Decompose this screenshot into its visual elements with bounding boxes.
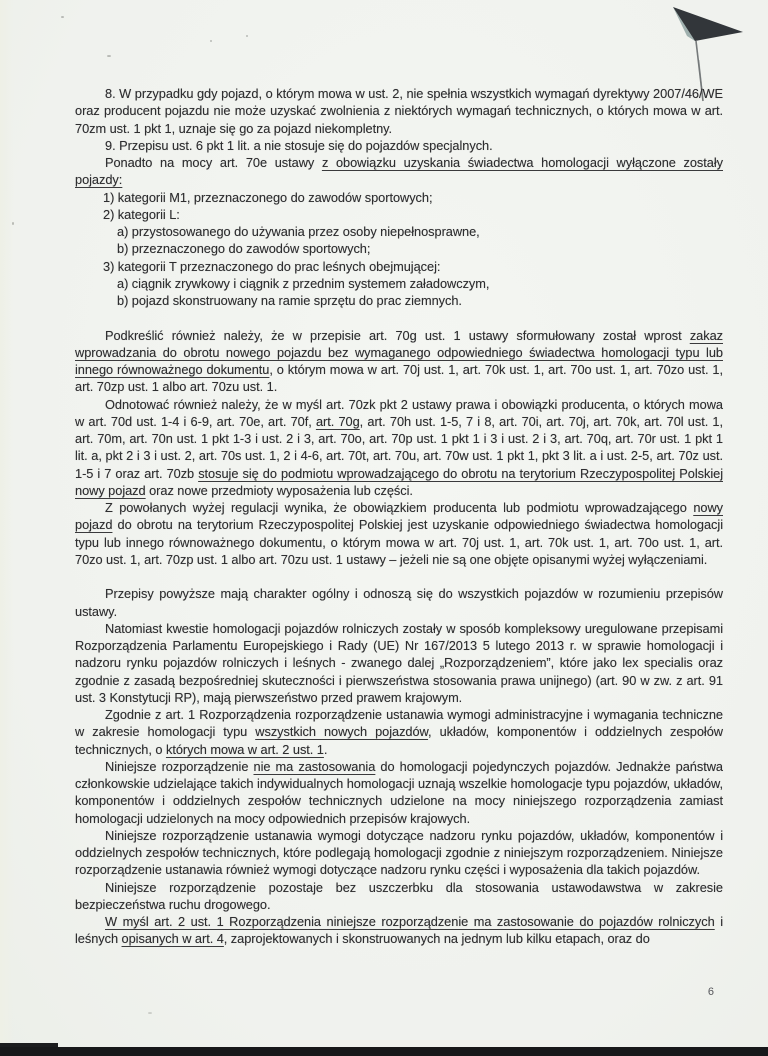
list-item: a) przystosowanego do używania przez oso… bbox=[117, 223, 723, 240]
underlined-text: art. 70g bbox=[316, 414, 360, 429]
scan-speck bbox=[210, 40, 212, 42]
text-run: b) przeznaczonego do zawodów sportowych; bbox=[117, 241, 370, 256]
text-run: Z powołanych wyżej regulacji wynika, że … bbox=[105, 500, 693, 515]
text-run: b) pojazd skonstruowany na ramie sprzętu… bbox=[117, 293, 462, 308]
list-item: 2) kategorii L: bbox=[103, 206, 723, 223]
scan-speck bbox=[12, 222, 14, 225]
scan-speck bbox=[107, 55, 111, 57]
paragraph: Przepisy powyższe mają charakter ogólny … bbox=[75, 585, 723, 620]
paragraph: Niniejsze rozporządzenie ustanawia wymog… bbox=[75, 827, 723, 879]
text-run: Niniejsze rozporządzenie bbox=[105, 759, 254, 774]
text-run: 1) kategorii M1, przeznaczonego do zawod… bbox=[103, 190, 432, 205]
paragraph: Z powołanych wyżej regulacji wynika, że … bbox=[75, 499, 723, 568]
text-run: Przepisy powyższe mają charakter ogólny … bbox=[75, 586, 723, 618]
text-run: Natomiast kwestie homologacji pojazdów r… bbox=[75, 621, 723, 705]
paragraph: 9. Przepisu ust. 6 pkt 1 lit. a nie stos… bbox=[75, 137, 723, 154]
paragraph: W myśl art. 2 ust. 1 Rozporządzenia nini… bbox=[75, 913, 723, 948]
scan-speck bbox=[246, 35, 248, 37]
list-item: b) pojazd skonstruowany na ramie sprzętu… bbox=[117, 292, 723, 309]
paragraph: Niniejsze rozporządzenie nie ma zastosow… bbox=[75, 758, 723, 827]
text-run: 9. Przepisu ust. 6 pkt 1 lit. a nie stos… bbox=[105, 138, 493, 153]
paragraph-gap bbox=[75, 568, 723, 585]
text-run: Podkreślić również należy, że w przepisi… bbox=[105, 328, 690, 343]
page-number: 6 bbox=[708, 986, 714, 998]
underlined-text: W myśl art. 2 ust. 1 Rozporządzenia nini… bbox=[105, 914, 715, 929]
underlined-text: nie ma zastosowania bbox=[254, 759, 376, 774]
list-item: a) ciągnik zrywkowy i ciągnik z przednim… bbox=[117, 275, 723, 292]
paragraph: Ponadto na mocy art. 70e ustawy z obowią… bbox=[75, 154, 723, 189]
text-run: 3) kategorii T przeznaczonego do prac le… bbox=[103, 259, 440, 274]
text-run: Niniejsze rozporządzenie ustanawia wymog… bbox=[75, 828, 723, 878]
scan-speck bbox=[61, 16, 64, 18]
text-run: do obrotu na terytorium Rzeczypospolitej… bbox=[75, 517, 723, 567]
document-text-body: 8. W przypadku gdy pojazd, o którym mowa… bbox=[75, 85, 723, 948]
text-run: 8. W przypadku gdy pojazd, o którym mowa… bbox=[75, 86, 723, 136]
text-run: oraz nowe przedmioty wyposażenia lub czę… bbox=[146, 483, 413, 498]
underlined-text: wszystkich nowych pojazdów bbox=[255, 724, 428, 739]
scan-edge-bottom bbox=[0, 1047, 768, 1056]
text-run: a) przystosowanego do używania przez oso… bbox=[117, 224, 480, 239]
text-run: , zaprojektowanych i skonstruowanych na … bbox=[224, 931, 650, 946]
paragraph: Odnotować również należy, że w myśl art.… bbox=[75, 396, 723, 500]
text-run: a) ciągnik zrywkowy i ciągnik z przednim… bbox=[117, 276, 489, 291]
paragraph: 8. W przypadku gdy pojazd, o którym mowa… bbox=[75, 85, 723, 137]
text-run: Niniejsze rozporządzenie pozostaje bez u… bbox=[75, 880, 723, 912]
paragraph-gap bbox=[75, 309, 723, 326]
paragraph: Zgodnie z art. 1 Rozporządzenia rozporzą… bbox=[75, 706, 723, 758]
underlined-text: opisanych w art. 4 bbox=[122, 931, 224, 946]
list-item: 3) kategorii T przeznaczonego do prac le… bbox=[103, 258, 723, 275]
paragraph: Niniejsze rozporządzenie pozostaje bez u… bbox=[75, 879, 723, 914]
text-run: Ponadto na mocy art. 70e ustawy bbox=[105, 155, 322, 170]
underlined-text: których mowa w art. 2 ust. 1 bbox=[166, 742, 324, 757]
list-item: 1) kategorii M1, przeznaczonego do zawod… bbox=[103, 189, 723, 206]
scan-speck bbox=[148, 1012, 152, 1014]
scanned-document-page: 8. W przypadku gdy pojazd, o którym mowa… bbox=[0, 0, 768, 1056]
paragraph: Podkreślić również należy, że w przepisi… bbox=[75, 327, 723, 396]
text-run: 2) kategorii L: bbox=[103, 207, 180, 222]
paragraph: Natomiast kwestie homologacji pojazdów r… bbox=[75, 620, 723, 706]
list-item: b) przeznaczonego do zawodów sportowych; bbox=[117, 240, 723, 257]
text-run: . bbox=[324, 742, 328, 757]
